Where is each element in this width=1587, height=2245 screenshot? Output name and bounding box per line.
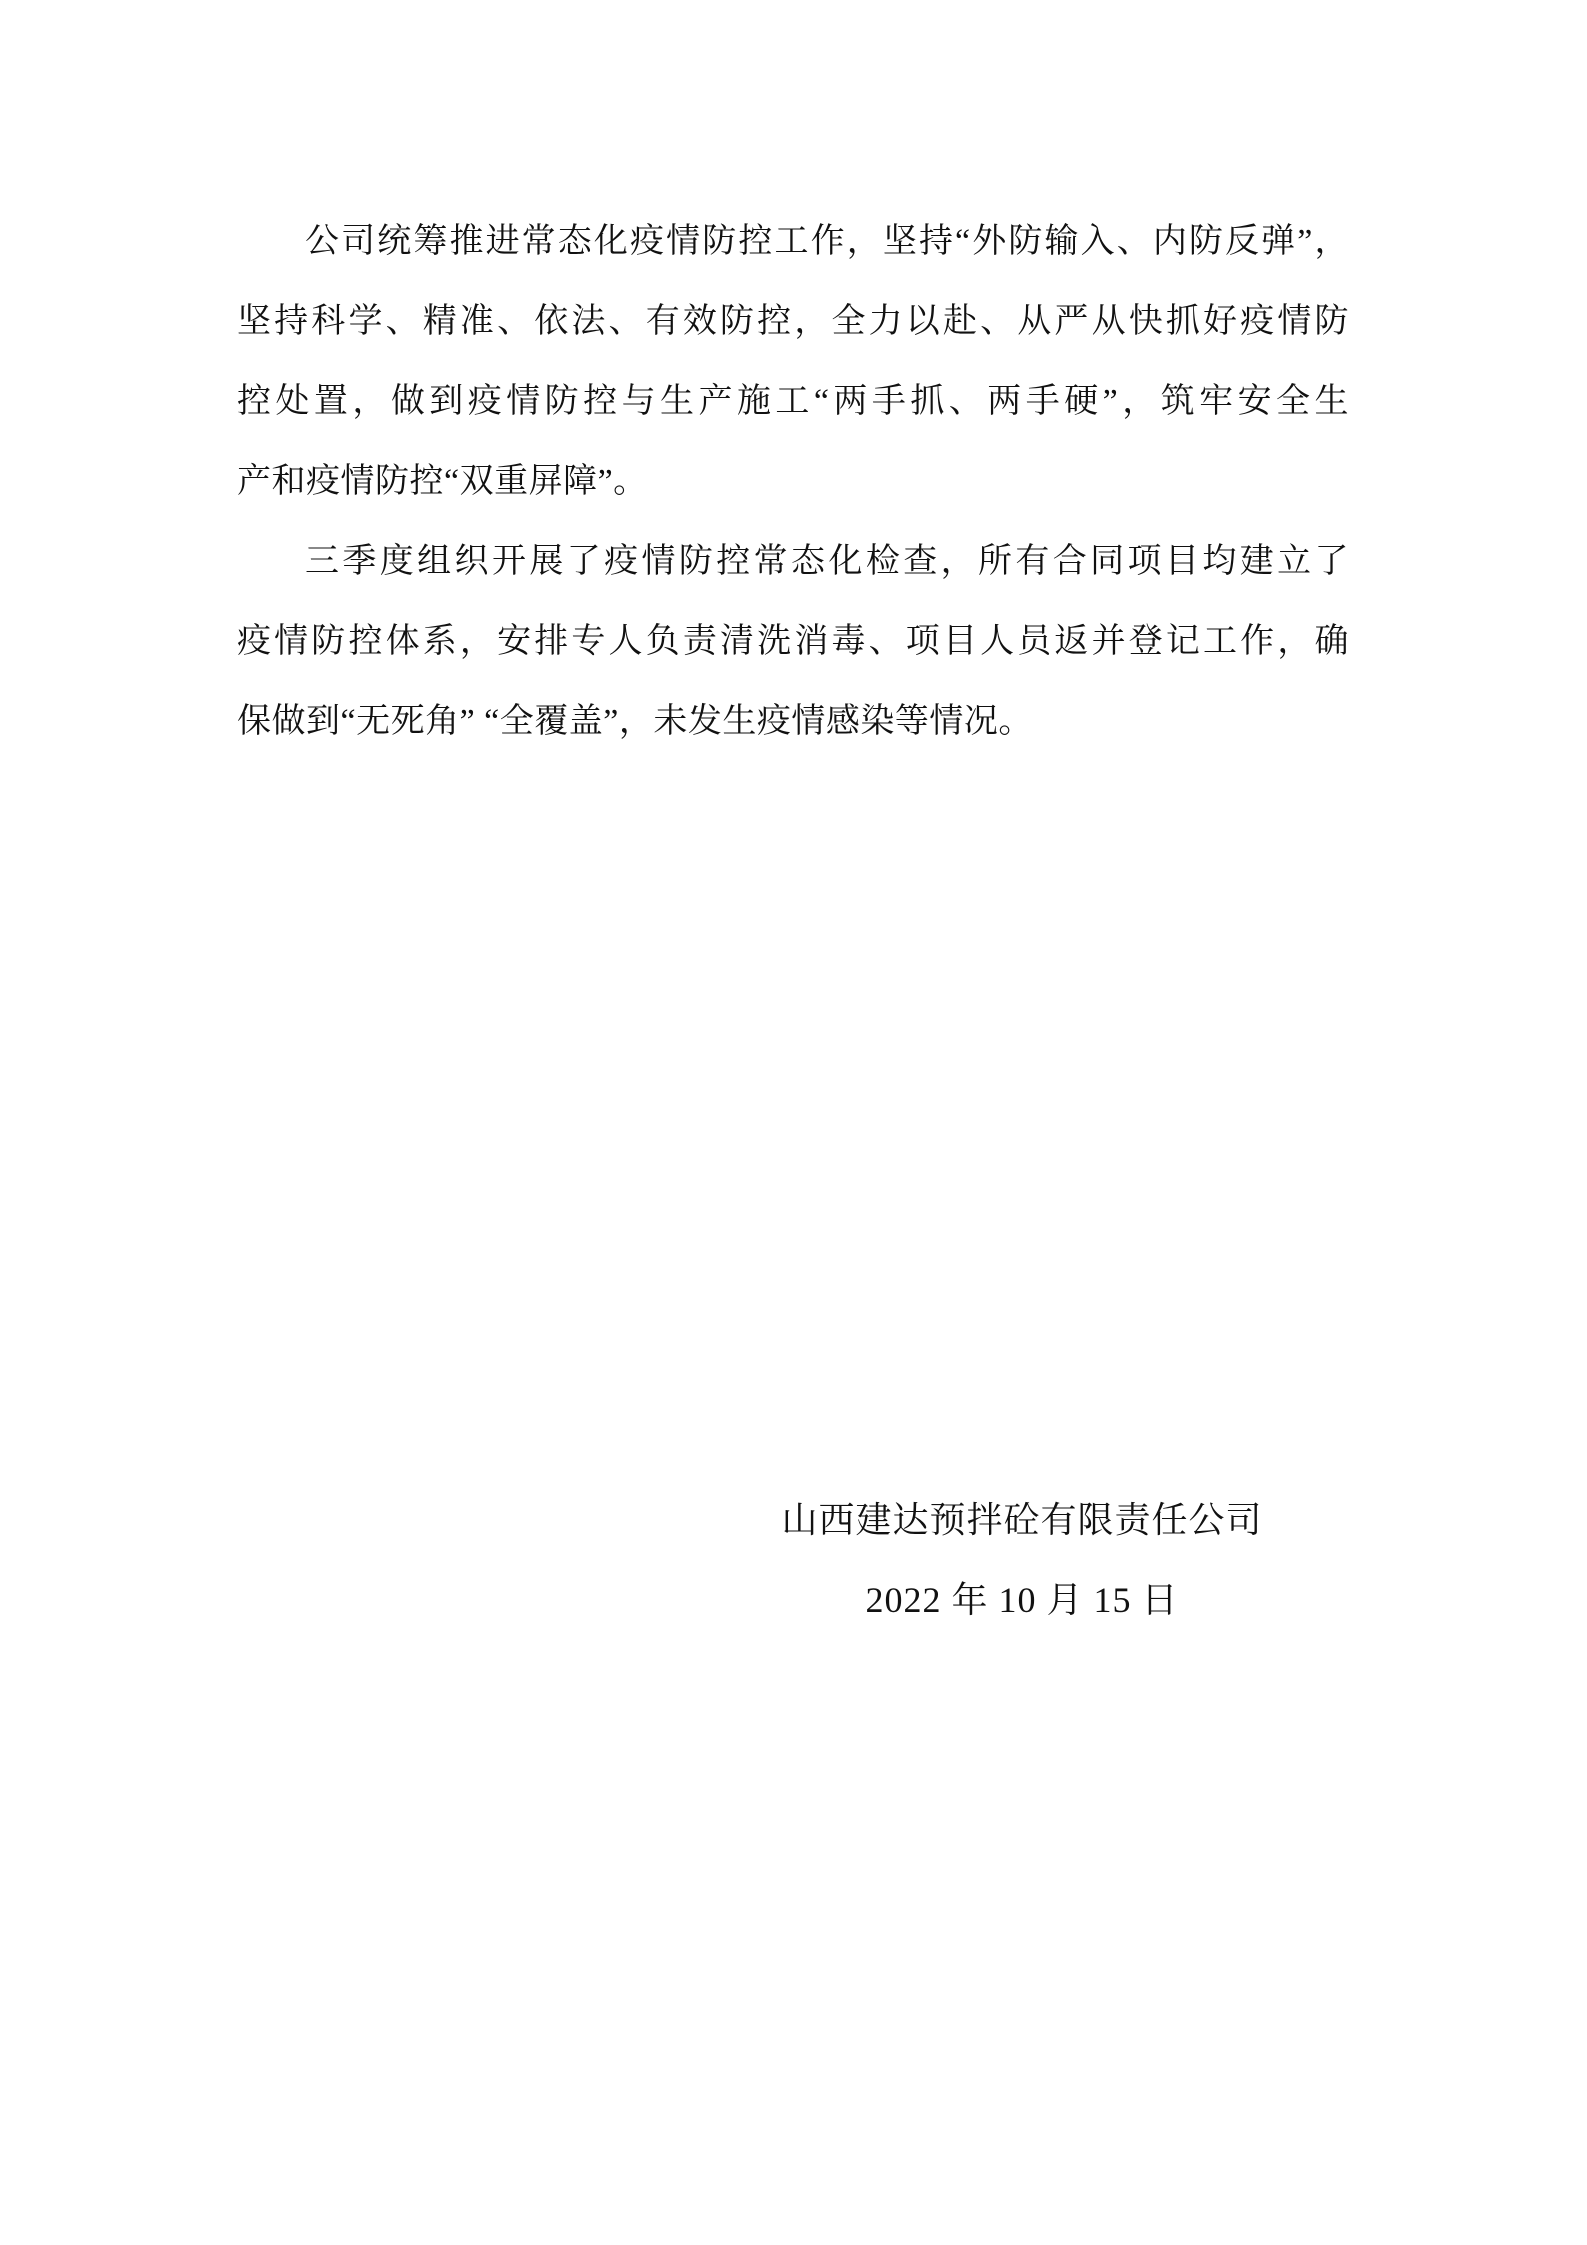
- signature-company: 山西建达预拌砼有限责任公司: [764, 1480, 1280, 1560]
- body-text-line: 公司统筹推进常态化疫情防控工作，坚持“外防输入、内防反弹”，: [237, 202, 1349, 282]
- signature-date: 2022 年 10 月 15 日: [764, 1560, 1280, 1640]
- body-text-line: 保做到“无死角” “全覆盖”，未发生疫情感染等情况。: [237, 682, 1349, 762]
- body-text: 公司统筹推进常态化疫情防控工作，坚持“外防输入、内防反弹”， 坚持科学、精准、依…: [237, 202, 1349, 762]
- body-text-line: 产和疫情防控“双重屏障”。: [237, 442, 1349, 522]
- document-page: 公司统筹推进常态化疫情防控工作，坚持“外防输入、内防反弹”， 坚持科学、精准、依…: [0, 0, 1587, 2245]
- body-text-line: 三季度组织开展了疫情防控常态化检查，所有合同项目均建立了: [237, 522, 1349, 602]
- body-text-line: 控处置，做到疫情防控与生产施工“两手抓、两手硬”，筑牢安全生: [237, 362, 1349, 442]
- body-text-line: 疫情防控体系，安排专人负责清洗消毒、项目人员返并登记工作，确: [237, 602, 1349, 682]
- signature-block: 山西建达预拌砼有限责任公司 2022 年 10 月 15 日: [764, 1480, 1280, 1640]
- body-text-line: 坚持科学、精准、依法、有效防控，全力以赴、从严从快抓好疫情防: [237, 282, 1349, 362]
